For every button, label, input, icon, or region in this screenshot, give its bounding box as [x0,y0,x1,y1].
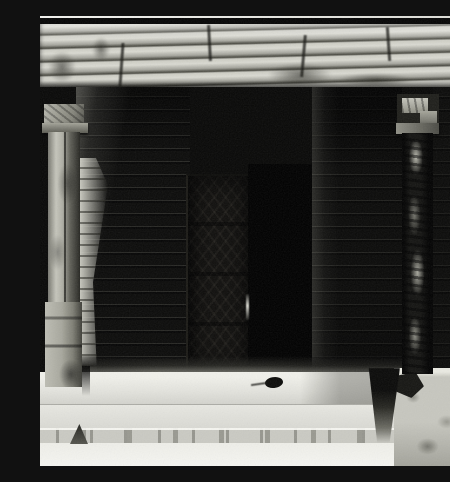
left-column-capital [44,104,84,125]
wood-knot [48,51,76,83]
beam-joint [207,25,212,61]
photo-top-shadow-band [40,18,450,24]
left-column-base [45,302,82,387]
column-base-shadow [82,366,90,396]
wood-knot [338,73,412,87]
right-log-wall [312,86,402,374]
left-column-shaft [48,132,80,304]
chevron-door [186,174,252,370]
beam-joint [386,27,391,61]
sunlit-ground [40,443,450,466]
wood-knot [92,37,110,61]
door-edge-highlight [246,294,249,320]
wood-knot [268,63,332,87]
photograph [40,16,450,466]
lintel-beam [40,23,450,87]
beam-joint [118,43,124,87]
open-doorway [248,164,312,368]
right-column-shaft [402,133,433,374]
